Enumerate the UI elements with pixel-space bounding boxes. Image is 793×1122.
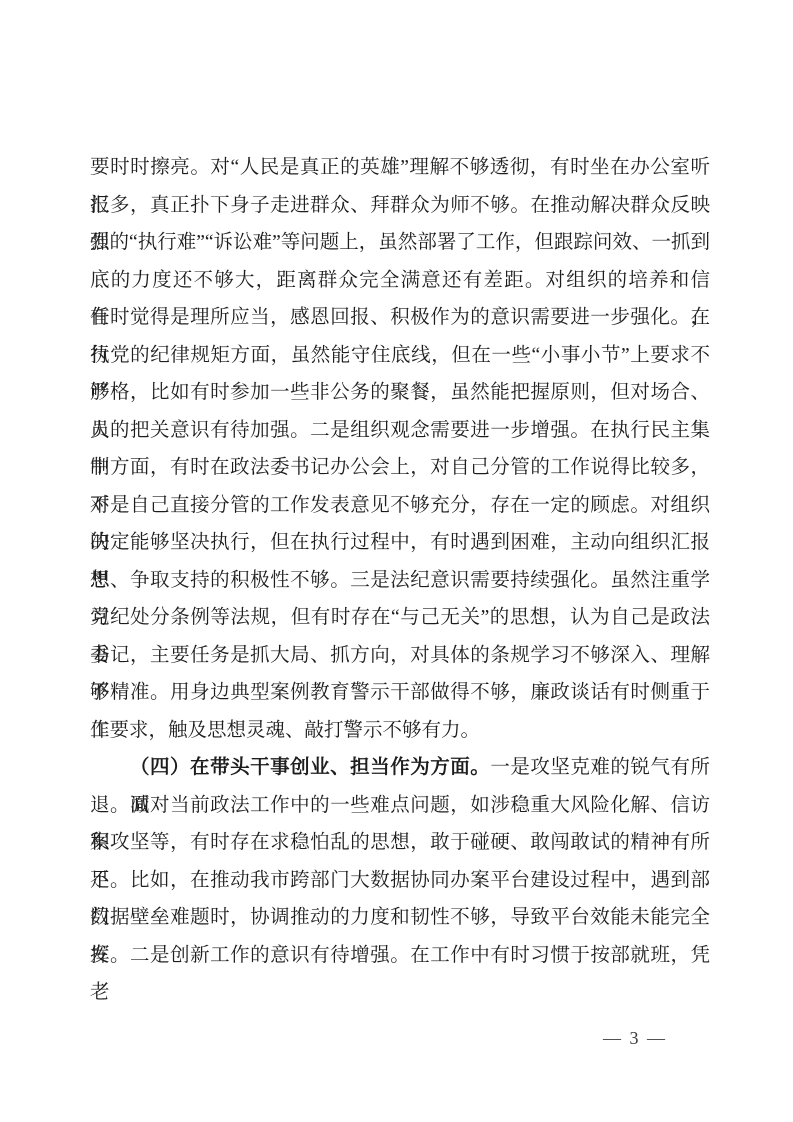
page-number: — 3 — [603,1026,667,1050]
text-line: 足。比如，在推动我市跨部门大数据协同办案平台建设过程中，遇到部门 [90,862,710,900]
text-line: 决定能够坚决执行，但在执行过程中，有时遇到困难，主动向组织汇报思 [90,524,710,562]
text-line: 底的力度还不够大，距离群众完全满意还有差距。对组织的培养和信任， [90,262,710,300]
section-heading: （四）在带头干事创业、担当作为方面。 [130,757,490,778]
document-body: 要时时擦亮。对“人民是真正的英雄”理解不够透彻，有时坐在办公室听汇报多，真正扑下… [90,149,710,974]
text-line: （四）在带头干事创业、担当作为方面。一是攻坚克难的锐气有所减 [90,749,710,787]
text-line: 行党的纪律规矩方面，虽然能守住底线，但在一些“小事小节”上要求不够 [90,337,710,375]
text-line: 挥。二是创新工作的意识有待增强。在工作中有时习惯于按部就班，凭老 [90,937,710,975]
text-line: 数据壁垒难题时，协调推动的力度和韧性不够，导致平台效能未能完全发 [90,899,710,937]
text-line: 员的把关意识有待加强。二是组织观念需要进一步增强。在执行民主集中 [90,412,710,450]
text-line: 想、争取支持的积极性不够。三是法纪意识需要持续强化。虽然注重学习 [90,562,710,600]
text-line: 要时时擦亮。对“人民是真正的英雄”理解不够透彻，有时坐在办公室听汇 [90,149,710,187]
text-line: 烈的“执行难”“诉讼难”等问题上，虽然部署了工作，但跟踪问效、一抓到 [90,224,710,262]
text-line: 严格，比如有时参加一些非公务的聚餐，虽然能把握原则，但对场合、人 [90,374,710,412]
text-line: 党纪处分条例等法规，但有时存在“与己无关”的思想，认为自己是政法委 [90,599,710,637]
text-line: 不是自己直接分管的工作发表意见不够充分，存在一定的顾虑。对组织的 [90,487,710,525]
text-line: 制方面，有时在政法委书记办公会上，对自己分管的工作说得比较多，对 [90,449,710,487]
text-line: 退。面对当前政法工作中的一些难点问题，如涉稳重大风险化解、信访积 [90,787,710,825]
text-line: 够精准。用身边典型案例教育警示干部做得不够，廉政谈话有时侧重于工 [90,674,710,712]
text-line: 作要求，触及思想灵魂、敲打警示不够有力。 [90,712,710,750]
text-line: 有时觉得是理所应当，感恩回报、积极作为的意识需要进一步强化。在执 [90,299,710,337]
document-page: 要时时擦亮。对“人民是真正的英雄”理解不够透彻，有时坐在办公室听汇报多，真正扑下… [0,0,793,1122]
text-line: 案攻坚等，有时存在求稳怕乱的思想，敢于碰硬、敢闯敢试的精神有所不 [90,824,710,862]
text-line: 报多，真正扑下身子走进群众、拜群众为师不够。在推动解决群众反映强 [90,187,710,225]
text-line: 书记，主要任务是抓大局、抓方向，对具体的条规学习不够深入、理解不 [90,637,710,675]
